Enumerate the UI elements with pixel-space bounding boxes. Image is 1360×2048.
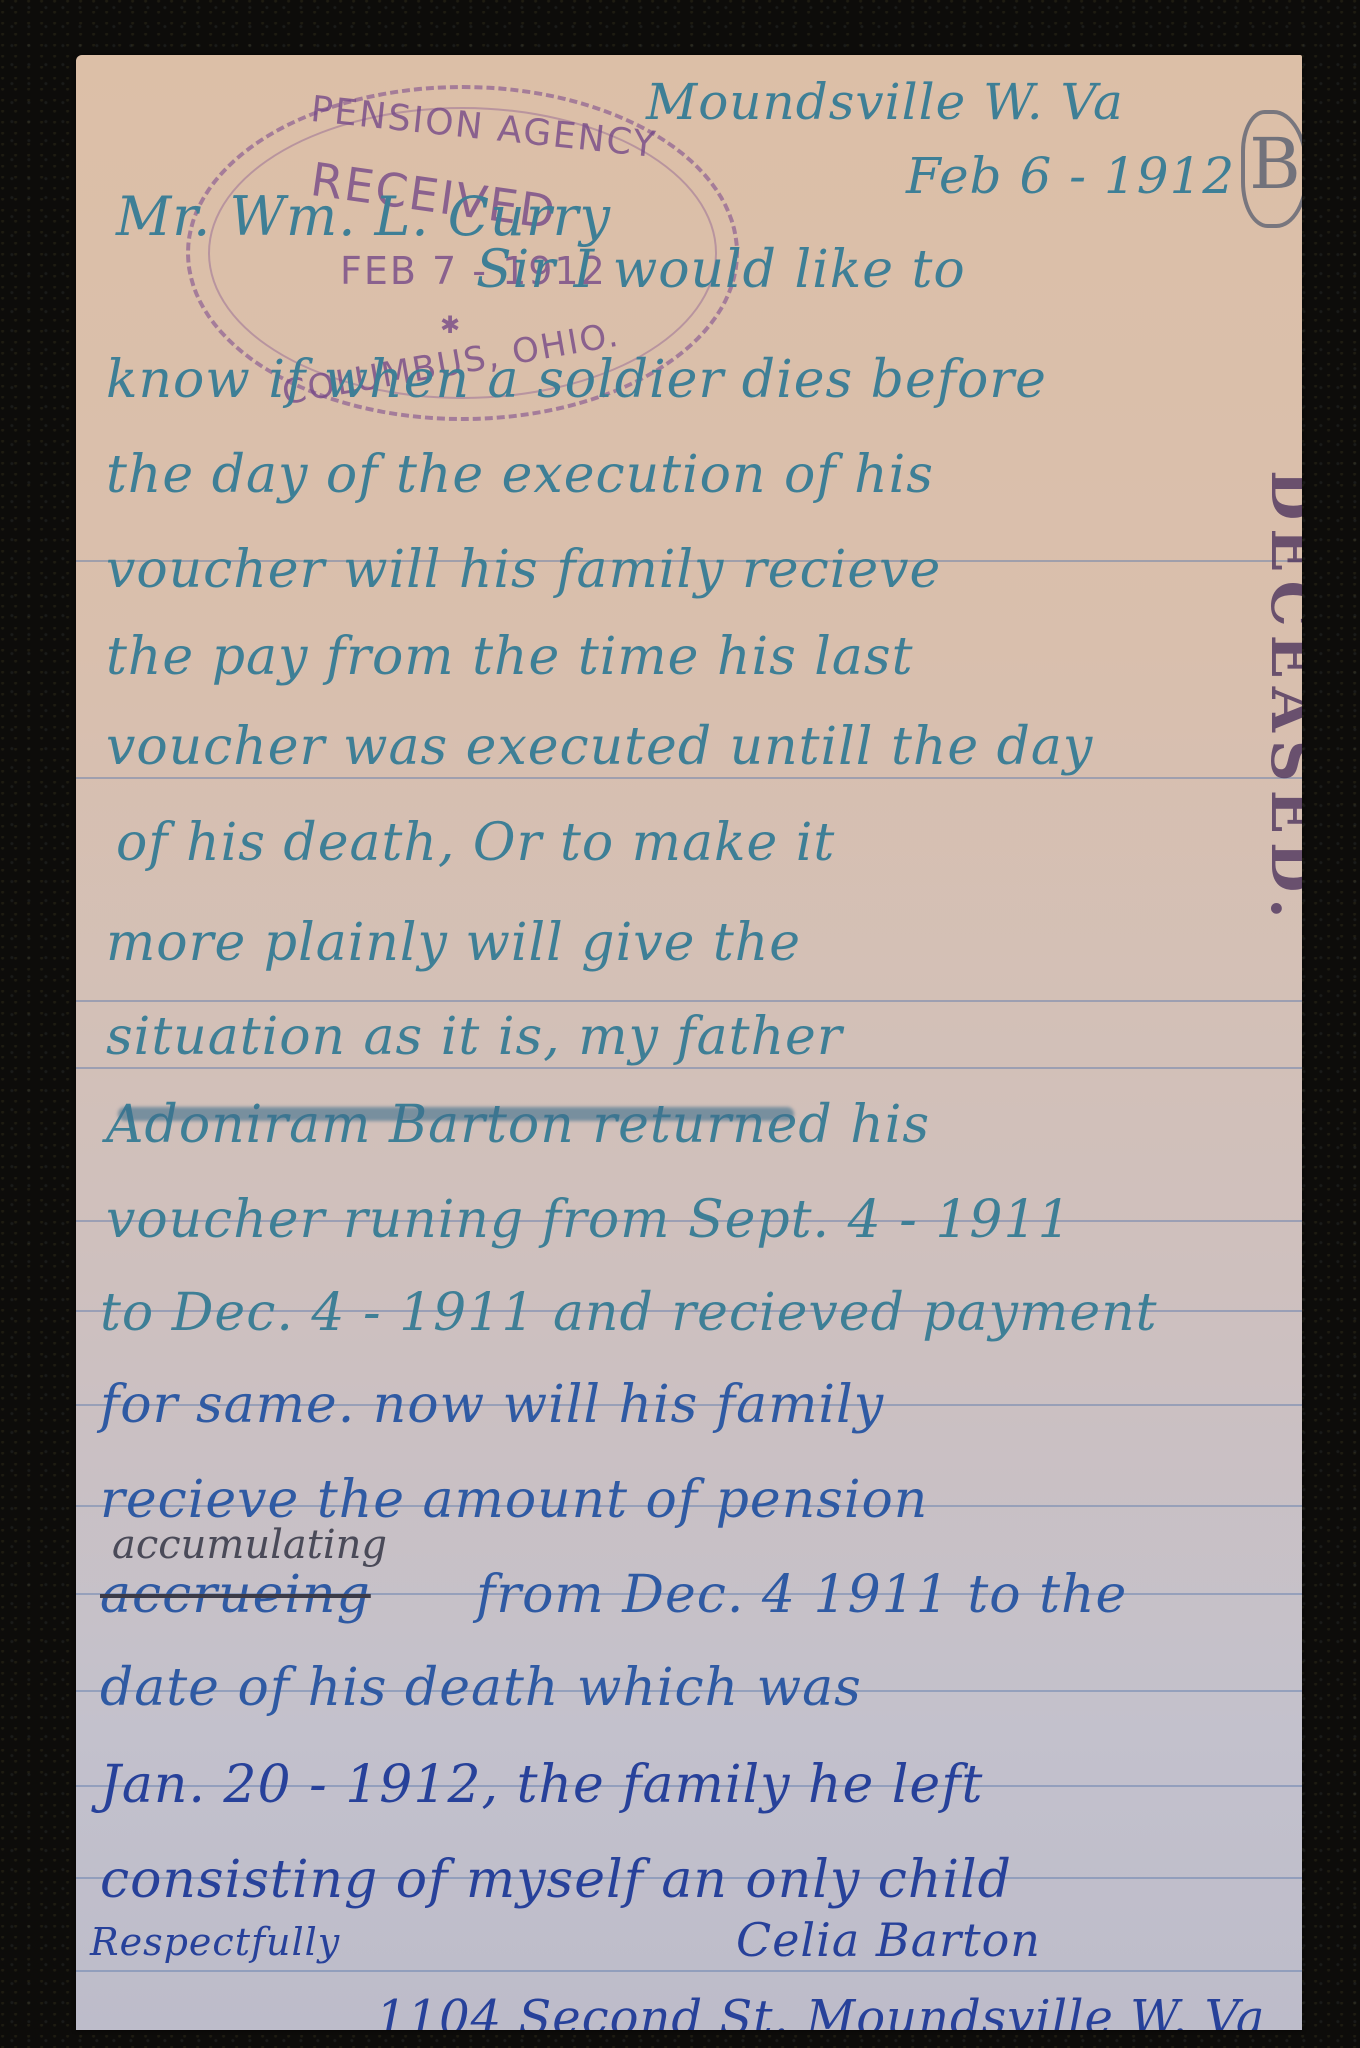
body-line: voucher was executed untill the day xyxy=(106,717,1093,777)
body-line: the day of the execution of his xyxy=(106,445,934,505)
body-line: know if when a soldier dies before xyxy=(106,350,1047,410)
deceased-stamp: DECEASED. xyxy=(1256,470,1302,990)
letter-date: Feb 6 - 1912 xyxy=(906,147,1235,205)
body-line: situation as it is, my father xyxy=(106,1007,843,1067)
body-line: the pay from the time his last xyxy=(106,627,914,687)
body-line: to Dec. 4 - 1911 and recieved payment xyxy=(100,1283,1158,1343)
pencil-correction: accumulating xyxy=(112,1522,387,1568)
ruled-line xyxy=(76,1067,1302,1069)
letter-addressee: Mr. Wm. L. Curry xyxy=(116,185,611,248)
stamp-ornament-icon: ✱ xyxy=(440,311,460,339)
body-line-correction: accrueing xyxy=(100,1565,371,1625)
struck-word: accrueing xyxy=(100,1565,371,1625)
corner-mark-b: B xyxy=(1241,110,1302,228)
body-line: Jan. 20 - 1912, the family he left xyxy=(100,1755,983,1815)
letter-place: Moundsville W. Va xyxy=(646,73,1124,131)
sender-address: 1104 Second St. Moundsville W. Va xyxy=(376,1990,1265,2030)
letter-paper: PENSION AGENCY RECEIVED FEB 7 - 1912 ✱ C… xyxy=(76,55,1302,2030)
body-line: date of his death which was xyxy=(100,1658,862,1718)
body-line: from Dec. 4 1911 to the xyxy=(476,1565,1127,1625)
body-line-underlined-name: Adoniram Barton returned his xyxy=(106,1095,930,1155)
body-line: recieve the amount of pension xyxy=(100,1470,928,1530)
body-line: consisting of myself an only child xyxy=(100,1850,1012,1910)
body-line: more plainly will give the xyxy=(106,913,801,973)
closing: Respectfully xyxy=(90,1920,340,1964)
signature: Celia Barton xyxy=(736,1913,1041,1967)
ruled-line xyxy=(76,1970,1302,1972)
ruled-line xyxy=(76,1000,1302,1002)
body-line: for same. now will his family xyxy=(100,1375,884,1435)
ruled-line xyxy=(76,777,1302,779)
name-underline xyxy=(118,1107,794,1121)
body-line: of his death, Or to make it xyxy=(116,813,835,873)
body-line: voucher runing from Sept. 4 - 1911 xyxy=(106,1190,1072,1250)
body-line: Sir I would like to xyxy=(476,240,966,300)
body-line: voucher will his family recieve xyxy=(106,540,941,600)
